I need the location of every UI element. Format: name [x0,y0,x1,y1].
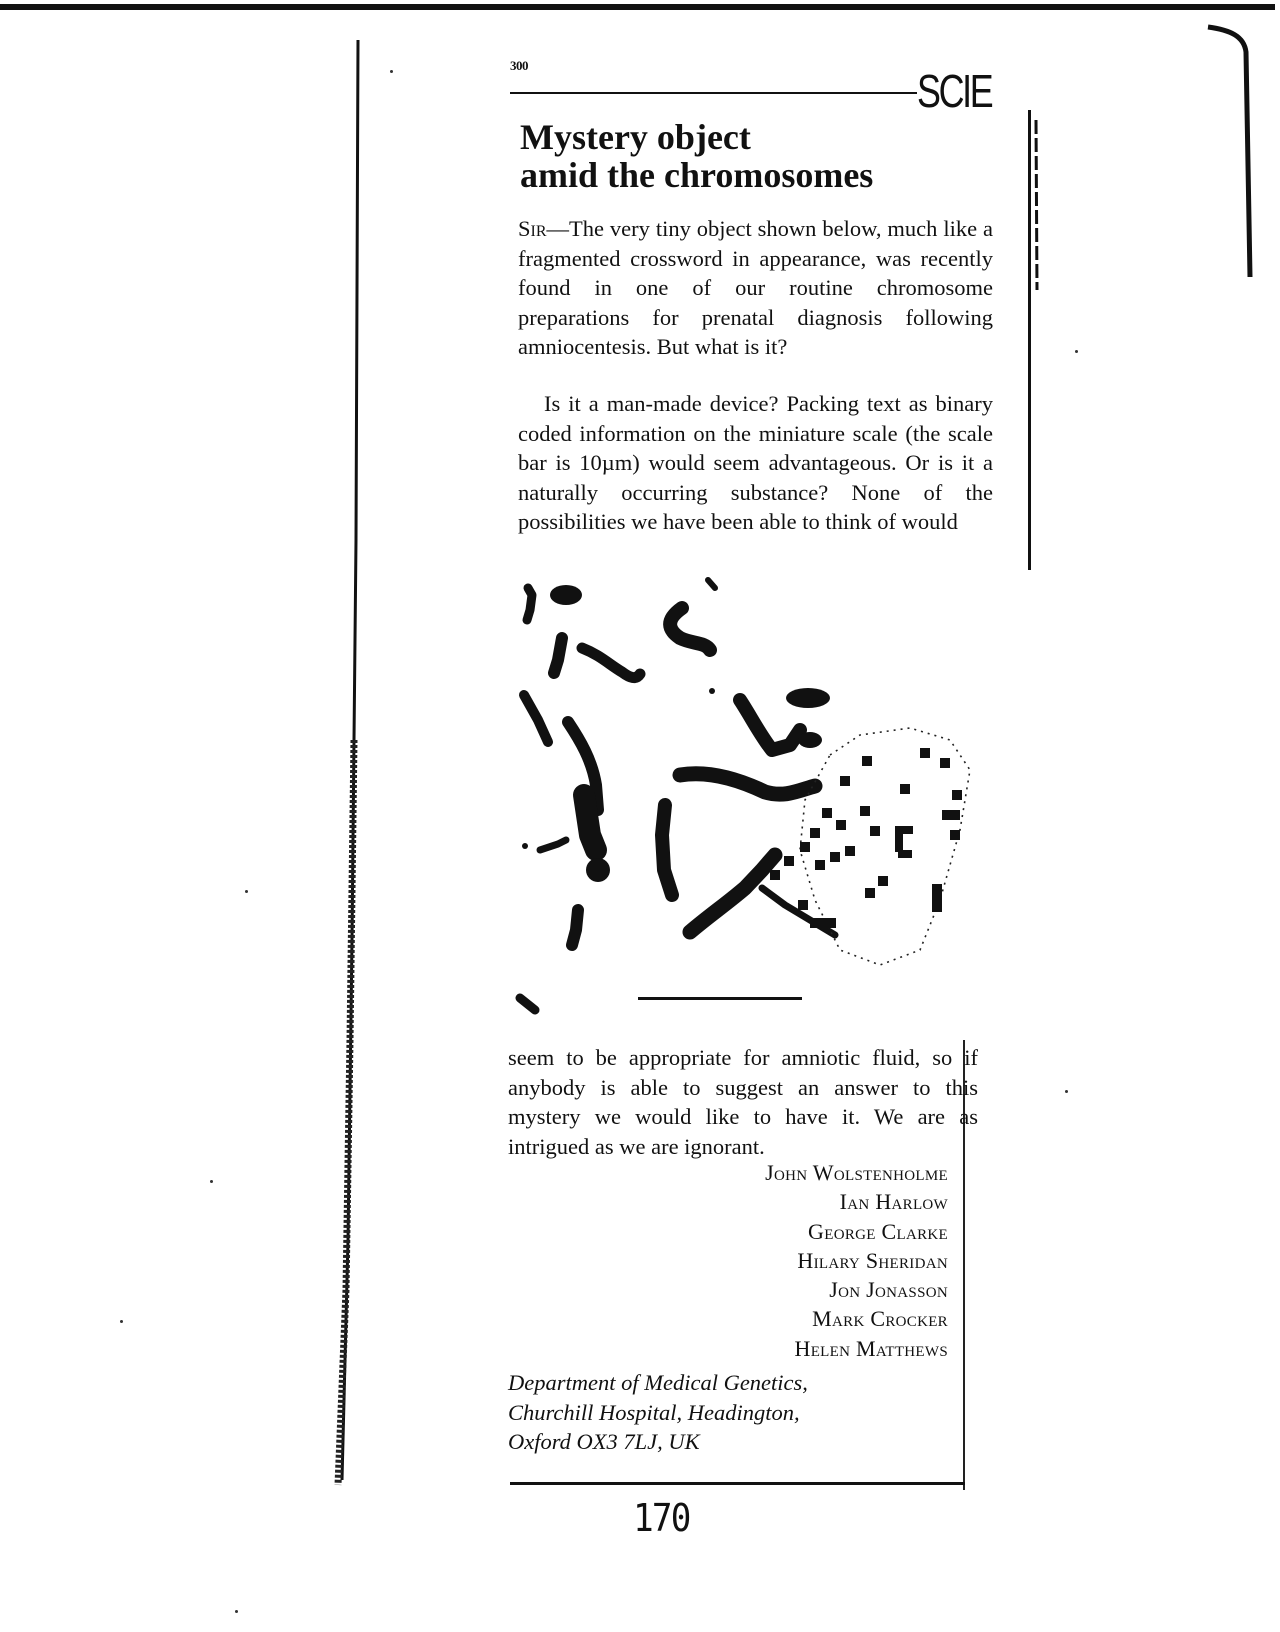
handwritten-page-number: 170 [633,1496,689,1540]
scan-right-bracket [1200,22,1260,282]
scan-speck [390,70,393,73]
scan-left-margin-line [320,40,380,1490]
header-rule [510,92,917,94]
address-line: Oxford OX3 7LJ, UK [508,1427,808,1457]
scan-speck [235,1610,238,1613]
scan-speck [245,890,248,893]
author: George Clarke [560,1217,948,1246]
section-label: SCIE [917,68,991,114]
chromosome-micrograph [500,570,1000,1040]
article-title: Mystery object amid the chromosomes [520,118,1000,194]
author: Mark Crocker [560,1304,948,1333]
paragraph-1-text: —The very tiny object shown below, much … [518,216,993,359]
scan-top-edge [0,4,1275,10]
author: John Wolstenholme [560,1158,948,1187]
scale-bar [638,997,802,1000]
address-line: Department of Medical Genetics, [508,1368,808,1398]
scan-speck [1075,350,1078,353]
column-rule-right [1028,110,1031,570]
title-line-1: Mystery object [520,118,1000,156]
paragraph-3: seem to be appropriate for amniotic flui… [508,1043,978,1161]
address-line: Churchill Hospital, Headington, [508,1398,808,1428]
crossword-object [770,728,970,965]
salutation: Sir [518,216,547,241]
page-number: 300 [510,58,528,74]
scan-speck [1065,1090,1068,1093]
author: Jon Jonasson [560,1275,948,1304]
author: Helen Matthews [560,1334,948,1363]
scan-speck [210,1180,213,1183]
footer-rule [510,1482,965,1485]
title-line-2: amid the chromosomes [520,156,1000,194]
paragraph-2: Is it a man-made device? Packing text as… [518,389,993,537]
scan-speck [120,1320,123,1323]
author-list: John Wolstenholme Ian Harlow George Clar… [560,1158,948,1363]
author: Hilary Sheridan [560,1246,948,1275]
adjacent-column-edge [1033,120,1039,290]
author: Ian Harlow [560,1187,948,1216]
paragraph-1: Sir—The very tiny object shown below, mu… [518,214,993,362]
author-address: Department of Medical Genetics, Churchil… [508,1368,808,1457]
